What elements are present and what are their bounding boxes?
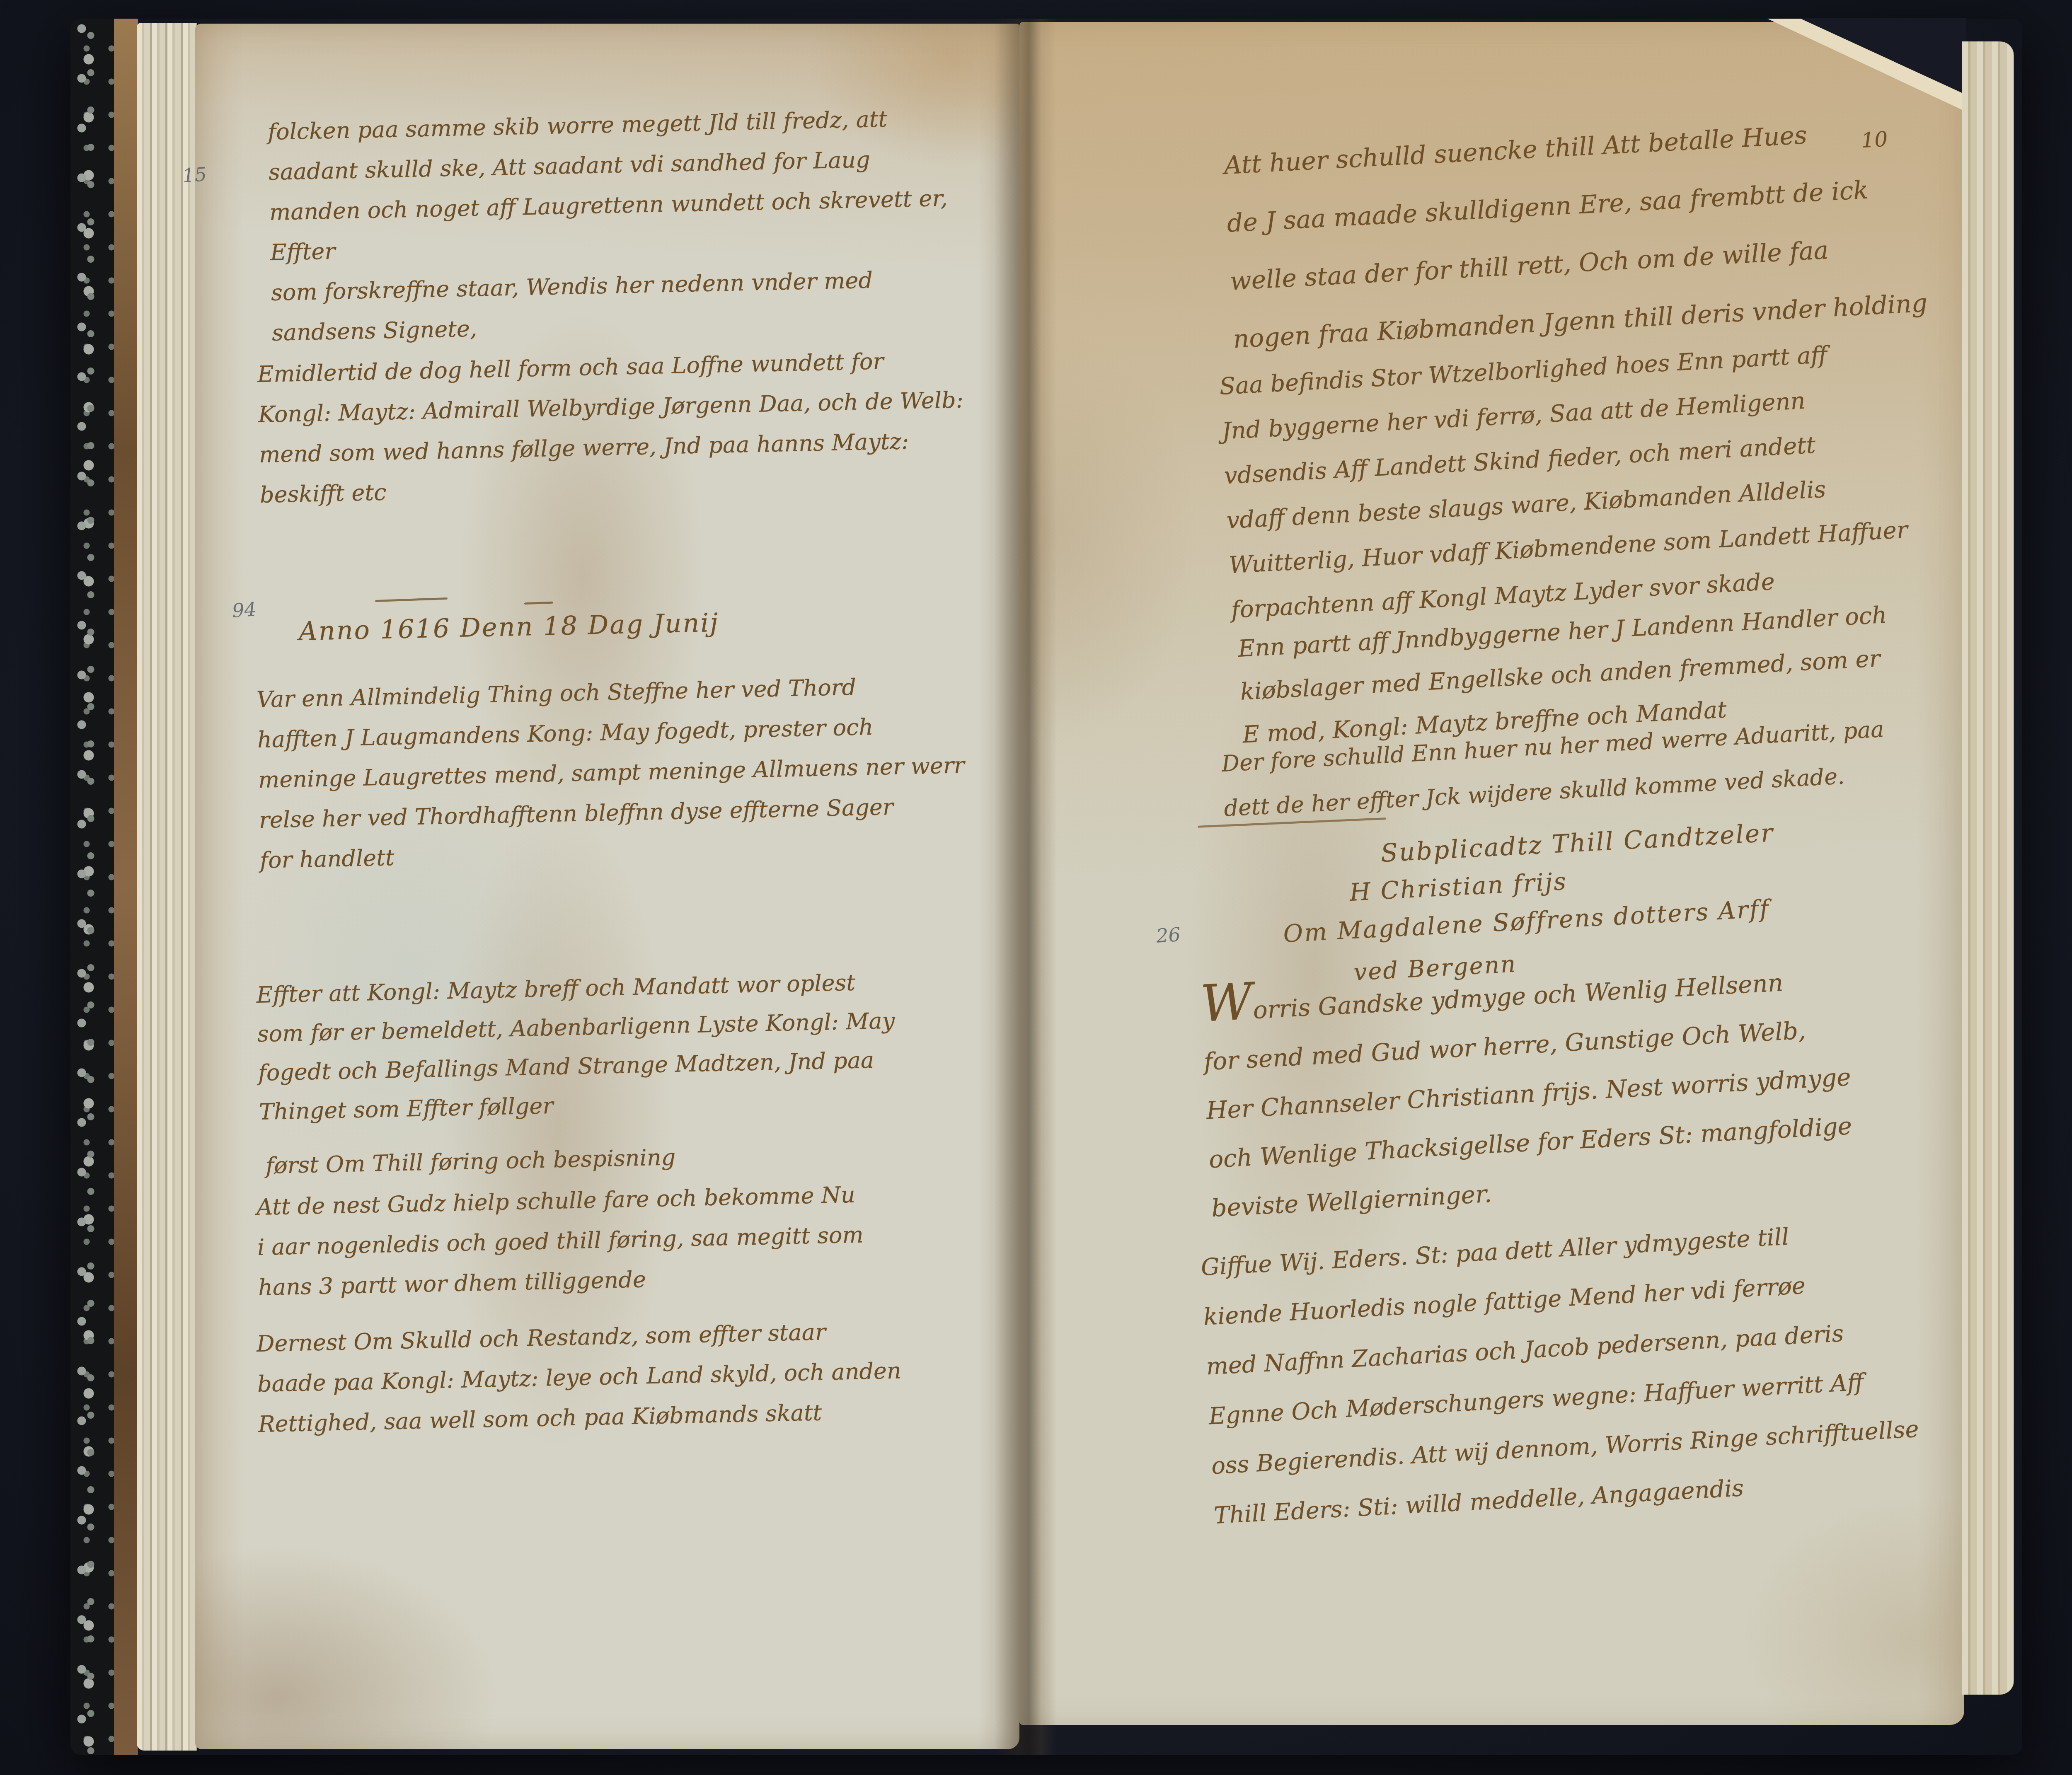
right-page-edge-stack [1962, 41, 2014, 1695]
section-heading-line-2: H Christian frijs [1349, 867, 1568, 906]
left-paragraph-5: Att de nest Gudz hielp schulle fare och … [256, 1171, 1005, 1308]
right-page: 10 Att huer schulld suencke thill Att be… [1019, 22, 1964, 1725]
abbreviation-stroke [524, 602, 553, 605]
right-paragraph-1: Att huer schulld suencke thill Att betal… [1222, 96, 2021, 369]
left-paragraph-4: Effter att Kongl: Maytz breff och Mandat… [256, 960, 1005, 1132]
abbreviation-stroke [375, 597, 448, 602]
manuscript-book: folcken paa samme skib worre megett Jld … [70, 19, 2022, 1755]
right-paragraph-2: Saa befindis Stor Wtzelborlighed hoes En… [1218, 324, 2019, 633]
left-page: folcken paa samme skib worre megett Jld … [195, 24, 1019, 1749]
book-spine-leather-edge [114, 19, 138, 1755]
left-paragraph-1: folcken paa samme skib worre megett Jld … [267, 96, 1018, 353]
left-paragraph-2: Emidlertid de dog hell form och saa Loff… [257, 339, 1006, 515]
book-cover-marbled-edge [70, 19, 116, 1755]
book-gutter-shadow [995, 19, 1057, 1755]
pencil-note-margin-right-page: 26 [1155, 923, 1181, 947]
left-page-edge-stack [137, 23, 197, 1751]
pencil-note-margin-left-page: 94 [231, 598, 257, 622]
left-paragraph-6: Dernest Om Skulld och Restandz, som efft… [256, 1308, 1005, 1444]
date-heading: Anno 1616 Denn 18 Dag Junij [298, 597, 962, 651]
right-paragraph-5: Worris Gandske ydmyge och Wenlig Hellsen… [1200, 942, 2020, 1233]
section-heading-line-1: Subplicadtz Thill Candtzeler [1380, 818, 1775, 868]
right-paragraph-6: Giffue Wij. Eders. St: paa dett Aller yd… [1200, 1200, 2035, 1541]
pencil-note-top-left-page: 15 [182, 163, 207, 187]
left-paragraph-3: Var enn Allmindelig Thing och Steffne he… [256, 664, 1006, 880]
